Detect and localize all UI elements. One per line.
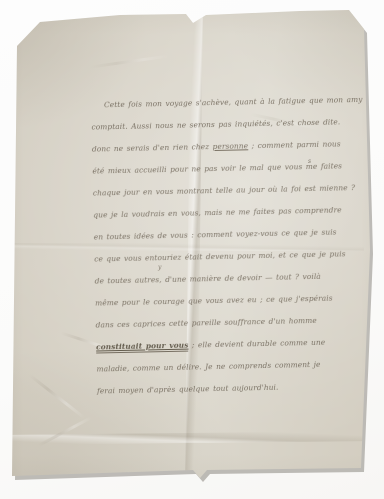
insertion-mark: y [158, 264, 161, 271]
line-fragment: ; elle devient durable comme une [188, 338, 325, 350]
letter-paper: Cette fois mon voyage s'achève, quant à … [0, 0, 384, 499]
wrinkle-line [28, 374, 85, 419]
line-fragment: ; comment parmi nous [248, 139, 341, 150]
handwriting-line: ferai moyen d'après quelque tout aujourd… [97, 375, 339, 402]
insertion-mark: s [308, 158, 311, 165]
underlined-phrase: constituait pour vous [96, 341, 189, 353]
handwriting-block: Cette fois mon voyage s'achève, quant à … [91, 89, 339, 402]
wrinkle-line [90, 54, 170, 68]
underlined-word: personne [212, 141, 248, 151]
photo-backdrop: Cette fois mon voyage s'achève, quant à … [0, 0, 384, 499]
line-fragment: donc ne serais d'en rien chez [92, 142, 213, 154]
